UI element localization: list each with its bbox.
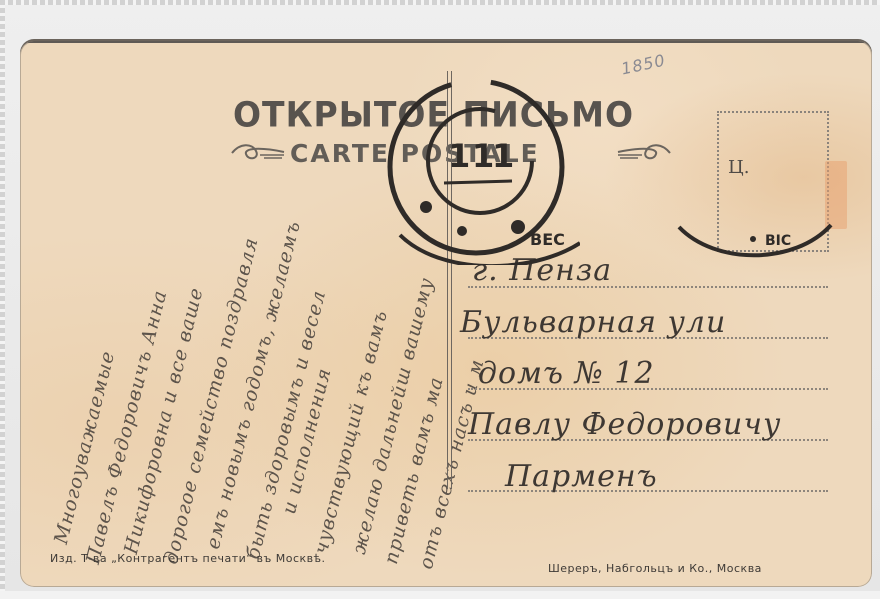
stamp-box-label: Ц. bbox=[728, 157, 749, 178]
address-recipient-surname: Парменъ bbox=[505, 459, 658, 494]
svg-text:ВІС: ВІС bbox=[765, 233, 791, 249]
address-street: Бульварная ули bbox=[460, 305, 726, 340]
printer-imprint: Шереръ, Набгольцъ и Ко., Москва bbox=[548, 562, 762, 575]
flourish-right-icon bbox=[616, 141, 672, 163]
flourish-left-icon bbox=[230, 141, 286, 163]
postmark-stamp-box-icon: ВІС bbox=[675, 221, 835, 266]
svg-text:1: 1 bbox=[492, 137, 514, 175]
address-recipient-name: Павлу Федоровичу bbox=[468, 407, 781, 442]
postmark-center-icon: 1 1 1 ВЕС bbox=[380, 75, 580, 265]
publisher-imprint: Изд. Т-ва „Контрагентъ печати“ въ Москвѣ… bbox=[50, 552, 326, 565]
sleeve-edge-top bbox=[0, 0, 880, 5]
sleeve-edge-bottom bbox=[0, 591, 880, 599]
svg-text:ВЕС: ВЕС bbox=[530, 230, 565, 249]
postcard-back: Многоуважаемые Павелъ Федоровичъ Анна Ни… bbox=[20, 41, 872, 587]
address-house: домъ № 12 bbox=[478, 356, 655, 391]
svg-text:1: 1 bbox=[472, 137, 494, 175]
stamp-remnant bbox=[825, 161, 847, 229]
svg-text:1: 1 bbox=[448, 137, 470, 175]
sleeve-edge-left bbox=[0, 0, 5, 599]
